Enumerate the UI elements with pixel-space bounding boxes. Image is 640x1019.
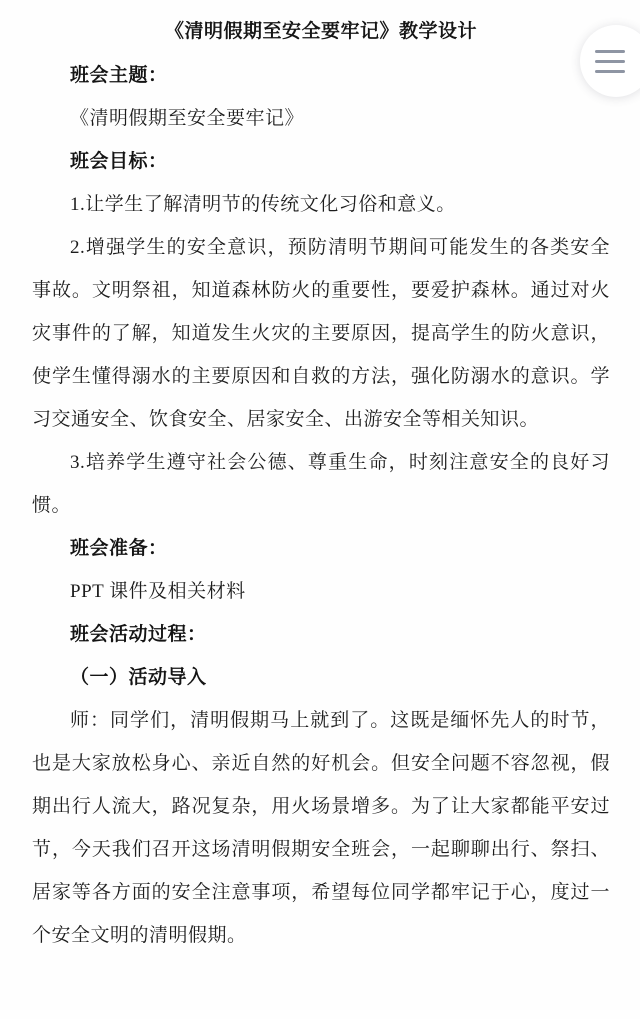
body-paragraph-goal-2: 2.增强学生的安全意识，预防清明节期间可能发生的各类安全事故。文明祭祖，知道森林… [32,226,610,441]
section-heading-activity-process: 班会活动过程： [32,613,610,656]
hamburger-icon-bar [595,60,625,63]
section-heading-class-meeting-topic: 班会主题： [32,54,610,97]
hamburger-icon-bar [595,50,625,53]
body-paragraph-goal-1: 1.让学生了解清明节的传统文化习俗和意义。 [32,183,610,226]
section-heading-activity-intro: （一）活动导入 [32,656,610,699]
hamburger-icon-bar [595,70,625,73]
section-heading-class-meeting-goals: 班会目标： [32,140,610,183]
body-paragraph-teacher-intro: 师：同学们，清明假期马上就到了。这既是缅怀先人的时节，也是大家放松身心、亲近自然… [32,699,610,957]
body-paragraph-prep-materials: PPT 课件及相关材料 [32,570,610,613]
document-title-text: 《清明假期至安全要牢记》教学设计 [165,21,477,42]
document-title: 《清明假期至安全要牢记》教学设计 [32,18,610,46]
document-page: 《清明假期至安全要牢记》教学设计 班会主题： 《清明假期至安全要牢记》 班会目标… [0,0,640,1019]
hamburger-icon [595,50,637,73]
body-paragraph-topic-name: 《清明假期至安全要牢记》 [32,97,610,140]
body-paragraph-goal-3: 3.培养学生遵守社会公德、尊重生命，时刻注意安全的良好习惯。 [32,441,610,527]
section-heading-class-meeting-prep: 班会准备： [32,527,610,570]
